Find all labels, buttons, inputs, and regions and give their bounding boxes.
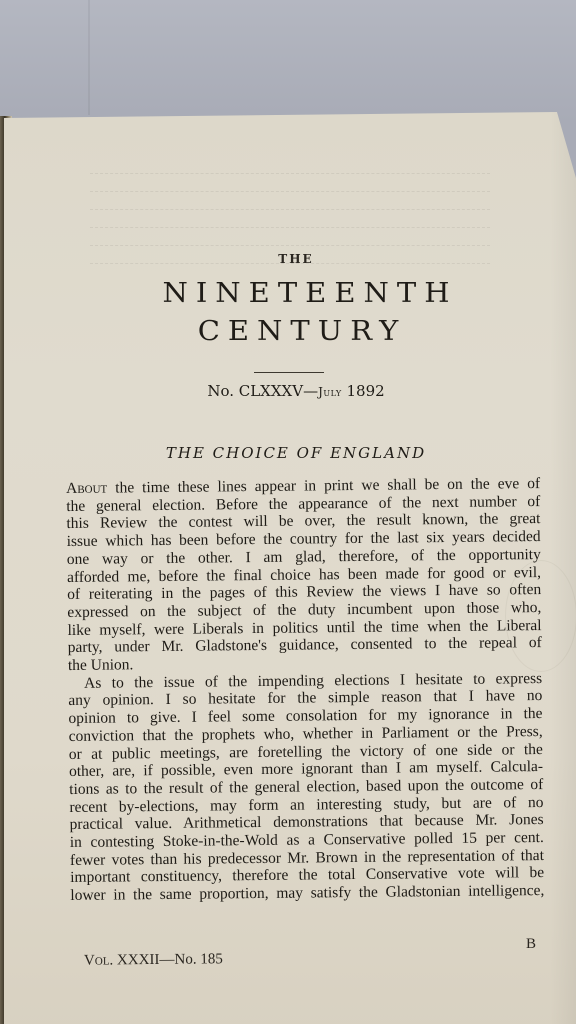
- masthead-rule: [254, 372, 324, 373]
- masthead-the: THE: [0, 252, 576, 266]
- volume-number: XXXII: [117, 952, 160, 968]
- volume-footer: Vol. XXXII—No. 185: [84, 951, 223, 969]
- masthead-title-line-1: NINETEENTH: [0, 277, 576, 308]
- drop-word: About: [66, 480, 107, 497]
- masthead-title-line-2: CENTURY: [0, 315, 576, 346]
- cloth-fold: [88, 0, 90, 115]
- article-title: THE CHOICE OF ENGLAND: [0, 444, 576, 462]
- issue-month: July: [318, 385, 342, 399]
- issue-number: No. CLXXXV: [207, 382, 303, 400]
- issue-line: No. CLXXXV—July 1892: [0, 382, 576, 400]
- article-body: About the time these lines appear in pri…: [66, 475, 544, 905]
- volume-label: Vol.: [84, 952, 113, 968]
- issue-year: 1892: [346, 382, 384, 400]
- signature-mark: B: [526, 936, 536, 953]
- number-label: No.: [174, 952, 196, 968]
- volume-separator: —: [159, 952, 174, 968]
- number-value: 185: [200, 951, 223, 967]
- issue-separator: —: [303, 382, 318, 400]
